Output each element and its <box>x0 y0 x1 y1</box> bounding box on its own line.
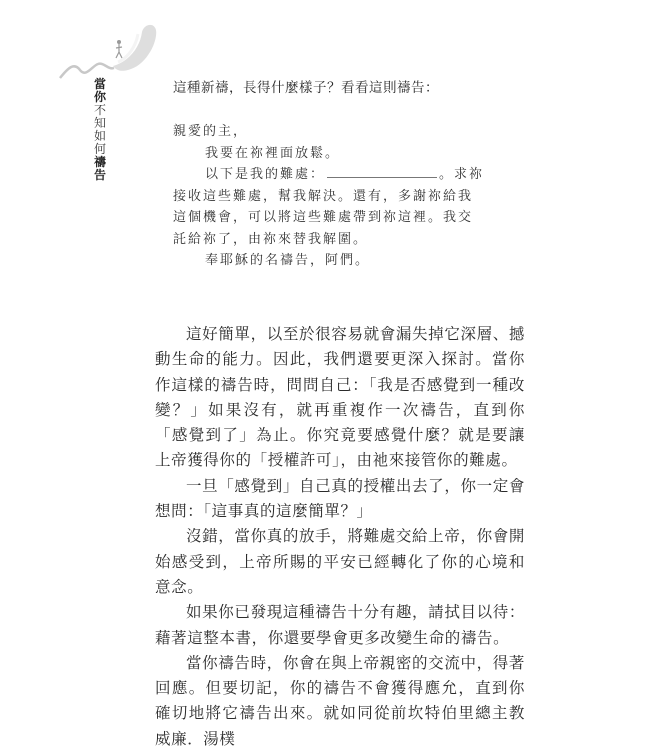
prayer-line: 託給祢了，由祢來替我解圍。 <box>173 229 493 251</box>
prayer-line: 我要在祢裡面放鬆。 <box>173 143 493 165</box>
prayer-block: 親愛的主， 我要在祢裡面放鬆。 以下是我的難處：。求祢 接收這些難處，幫我解決。… <box>173 121 493 272</box>
paragraph: 這好簡單，以至於很容易就會漏失掉它深層、撼動生命的能力。因此，我們還要更深入探討… <box>155 322 525 474</box>
intro-line: 這種新禱，長得什麼樣子？看看這則禱告： <box>173 76 439 96</box>
prayer-line-text: 以下是我的難處： <box>205 167 325 182</box>
title-char: 告 <box>92 169 108 182</box>
running-head-book-title: 當 你 不 知 如 何 禱 告 <box>92 78 108 182</box>
prayer-line: 以下是我的難處：。求祢 <box>173 164 493 186</box>
paragraph: 如果你已發現這種禱告十分有趣，請拭目以待：藉著這整本書，你還要學會更多改變生命的… <box>155 600 525 651</box>
prayer-closing: 奉耶穌的名禱告，阿們。 <box>173 250 493 272</box>
paragraph: 沒錯，當你真的放手，將難處交給上帝，你會開始感受到，上帝所賜的平安已經轉化了你的… <box>155 524 525 600</box>
prayer-line: 接收這些難處，幫我解決。還有，多謝祢給我 <box>173 186 493 208</box>
decorative-path-figure-icon <box>58 18 158 88</box>
prayer-salutation: 親愛的主， <box>173 121 493 143</box>
paragraph: 當你禱告時，你會在與上帝親密的交流中，得著回應。但要切記，你的禱告不會獲得應允，… <box>155 651 525 750</box>
body-text: 這好簡單，以至於很容易就會漏失掉它深層、撼動生命的能力。因此，我們還要更深入探討… <box>155 322 525 750</box>
paragraph: 一旦「感覺到」自己真的授權出去了，你一定會想問：「這事真的這麼簡單？」 <box>155 474 525 525</box>
prayer-line-text: 。求祢 <box>439 167 484 182</box>
prayer-line: 這個機會，可以將這些難處帶到祢這裡。我交 <box>173 207 493 229</box>
fill-in-blank <box>327 165 437 178</box>
